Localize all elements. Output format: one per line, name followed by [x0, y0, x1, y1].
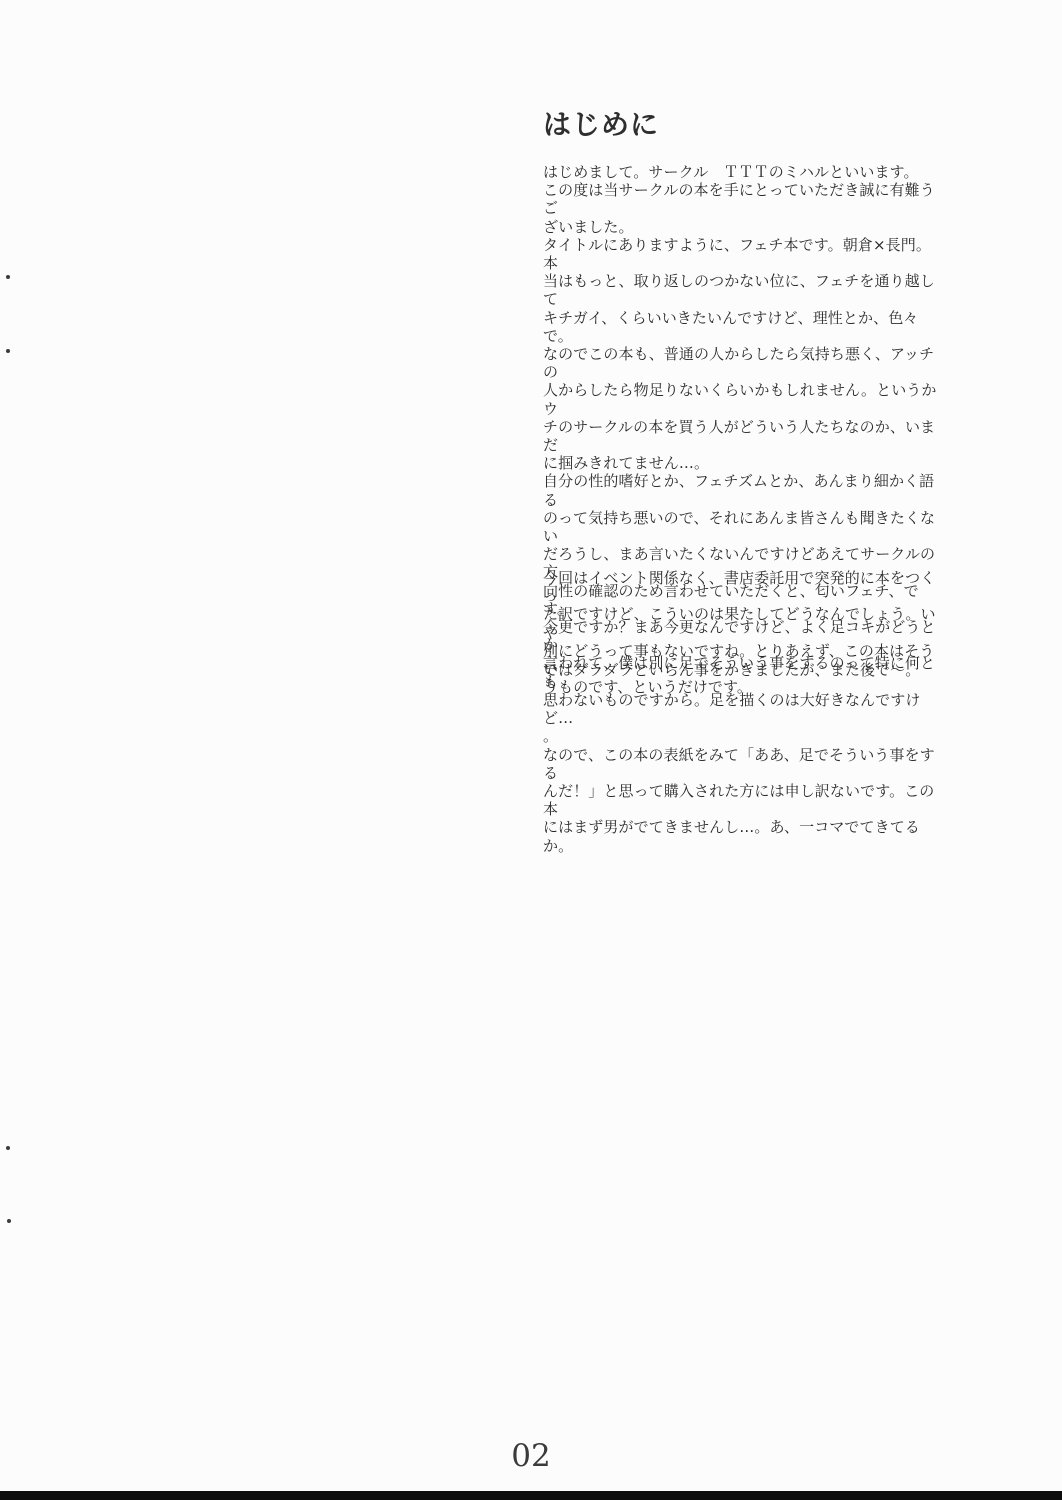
scan-speck: [6, 275, 10, 279]
scan-speck: [6, 1146, 10, 1150]
signoff-line: ではダラダラといらん事をかきましたが、また後で〜。: [543, 661, 943, 679]
scan-speck: [7, 1219, 11, 1223]
intro-paragraphs: はじめまして。サークル ＴＴＴのミハルといいます。 この度は当サークルの本を手に…: [543, 163, 943, 855]
scanned-book-page: はじめに はじめまして。サークル ＴＴＴのミハルといいます。 この度は当サークル…: [0, 0, 1062, 1500]
scan-speck: [6, 349, 10, 353]
page-number: 02: [0, 1438, 1062, 1474]
page-title: はじめに: [543, 103, 659, 143]
scan-edge-bar: [0, 1491, 1062, 1500]
